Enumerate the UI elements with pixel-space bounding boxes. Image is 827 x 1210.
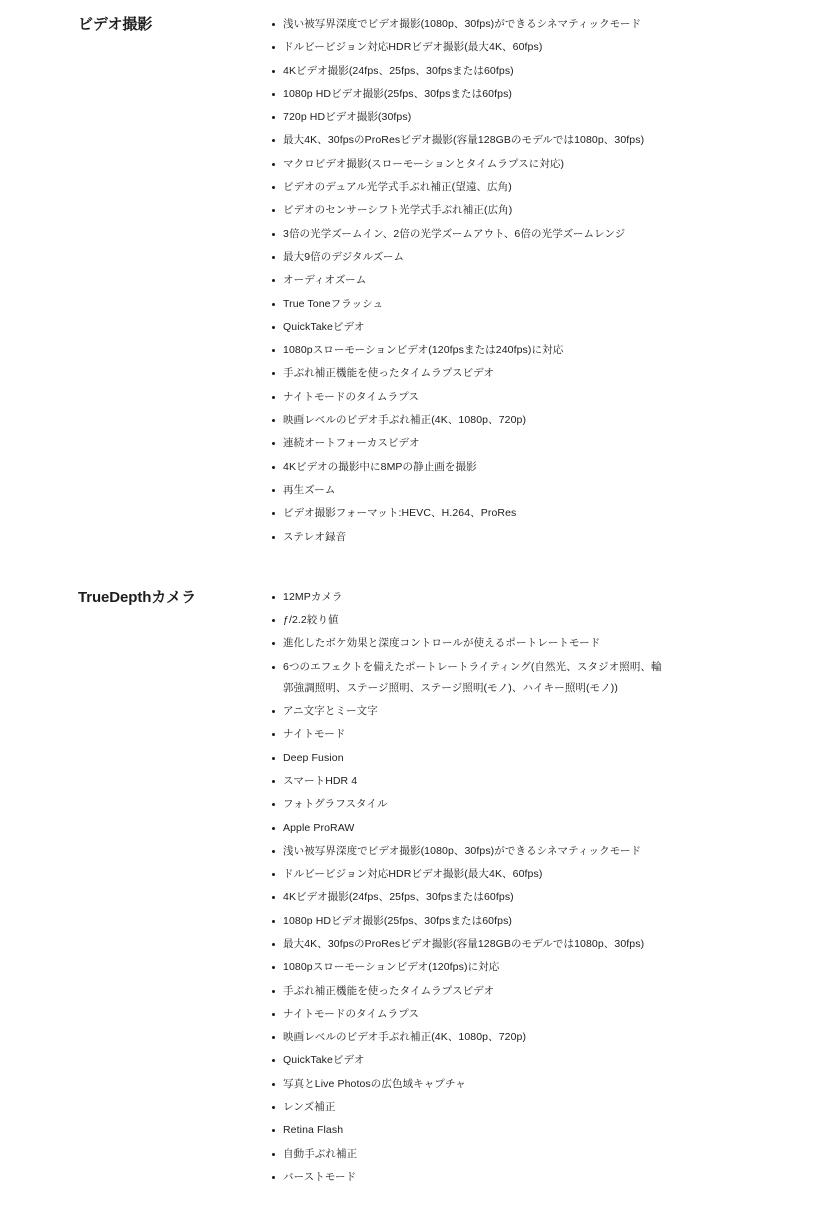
spec-list-item: 最大4K、30fpsのProResビデオ撮影(容量128GBのモデルでは1080… — [270, 934, 668, 955]
spec-list-item: 写真とLive Photosの広色域キャプチャ — [270, 1074, 668, 1095]
spec-list-item: 手ぶれ補正機能を使ったタイムラプスビデオ — [270, 981, 668, 1002]
spec-list-item: バーストモード — [270, 1167, 668, 1188]
spec-list-item: 浅い被写界深度でビデオ撮影(1080p、30fps)ができるシネマティックモード — [270, 14, 668, 35]
spec-list-item: 進化したボケ効果と深度コントロールが使えるポートレートモード — [270, 633, 668, 654]
spec-list-item: フォトグラフスタイル — [270, 794, 668, 815]
spec-list-item: ビデオ撮影フォーマット:HEVC、H.264、ProRes — [270, 503, 668, 524]
spec-section-video-recording: ビデオ撮影 浅い被写界深度でビデオ撮影(1080p、30fps)ができるシネマテ… — [78, 14, 797, 550]
spec-list-item: ステレオ録音 — [270, 527, 668, 548]
spec-list-item: 3倍の光学ズームイン、2倍の光学ズームアウト、6倍の光学ズームレンジ — [270, 224, 668, 245]
spec-list-item: True Toneフラッシュ — [270, 294, 668, 315]
spec-list-item: 再生ズーム — [270, 480, 668, 501]
spec-list-item: Retina Flash — [270, 1120, 668, 1141]
spec-list-item: QuickTakeビデオ — [270, 317, 668, 338]
spec-list-item: 1080p HDビデオ撮影(25fps、30fpsまたは60fps) — [270, 911, 668, 932]
spec-list-item: レンズ補正 — [270, 1097, 668, 1118]
spec-list-item: ナイトモードのタイムラプス — [270, 387, 668, 408]
spec-list-item: 自動手ぶれ補正 — [270, 1144, 668, 1165]
spec-section-truedepth-camera: TrueDepthカメラ 12MPカメラƒ/2.2絞り値進化したボケ効果と深度コ… — [78, 587, 797, 1190]
spec-list-item: QuickTakeビデオ — [270, 1050, 668, 1071]
spec-list-item: スマートHDR 4 — [270, 771, 668, 792]
spec-list-item: 1080p HDビデオ撮影(25fps、30fpsまたは60fps) — [270, 84, 668, 105]
spec-list-item: 1080pスローモーションビデオ(120fps)に対応 — [270, 957, 668, 978]
spec-list-item: アニ文字とミー文字 — [270, 701, 668, 722]
spec-list-item: Apple ProRAW — [270, 818, 668, 839]
section-title-video-recording: ビデオ撮影 — [78, 14, 270, 35]
spec-list-item: 最大9倍のデジタルズーム — [270, 247, 668, 268]
spec-list-truedepth-camera: 12MPカメラƒ/2.2絞り値進化したボケ効果と深度コントロールが使えるポートレ… — [270, 587, 668, 1190]
spec-list-item: ビデオのセンサーシフト光学式手ぶれ補正(広角) — [270, 200, 668, 221]
spec-list-item: 6つのエフェクトを備えたポートレートライティング(自然光、スタジオ照明、輪郭強調… — [270, 657, 668, 699]
spec-list-item: 浅い被写界深度でビデオ撮影(1080p、30fps)ができるシネマティックモード — [270, 841, 668, 862]
spec-list-item: 手ぶれ補正機能を使ったタイムラプスビデオ — [270, 363, 668, 384]
section-title-truedepth-camera: TrueDepthカメラ — [78, 587, 270, 608]
spec-list-item: マクロビデオ撮影(スローモーションとタイムラプスに対応) — [270, 154, 668, 175]
spec-list-item: 720p HDビデオ撮影(30fps) — [270, 107, 668, 128]
spec-list-item: ƒ/2.2絞り値 — [270, 610, 668, 631]
spec-list-item: 最大4K、30fpsのProResビデオ撮影(容量128GBのモデルでは1080… — [270, 130, 668, 151]
spec-list-video-recording: 浅い被写界深度でビデオ撮影(1080p、30fps)ができるシネマティックモード… — [270, 14, 668, 550]
spec-list-item: 4Kビデオの撮影中に8MPの静止画を撮影 — [270, 457, 668, 478]
spec-list-item: ビデオのデュアル光学式手ぶれ補正(望遠、広角) — [270, 177, 668, 198]
spec-list-item: 連続オートフォーカスビデオ — [270, 433, 668, 454]
spec-list-item: オーディオズーム — [270, 270, 668, 291]
spec-list-item: 映画レベルのビデオ手ぶれ補正(4K、1080p、720p) — [270, 410, 668, 431]
spec-list-item: ナイトモードのタイムラプス — [270, 1004, 668, 1025]
spec-list-item: 4Kビデオ撮影(24fps、25fps、30fpsまたは60fps) — [270, 61, 668, 82]
spec-list-item: Deep Fusion — [270, 748, 668, 769]
spec-list-item: 1080pスローモーションビデオ(120fpsまたは240fps)に対応 — [270, 340, 668, 361]
spec-list-item: 映画レベルのビデオ手ぶれ補正(4K、1080p、720p) — [270, 1027, 668, 1048]
spec-list-item: ドルビービジョン対応HDRビデオ撮影(最大4K、60fps) — [270, 864, 668, 885]
spec-list-item: ドルビービジョン対応HDRビデオ撮影(最大4K、60fps) — [270, 37, 668, 58]
spec-page: ビデオ撮影 浅い被写界深度でビデオ撮影(1080p、30fps)ができるシネマテ… — [0, 0, 827, 1210]
spec-list-item: 12MPカメラ — [270, 587, 668, 608]
spec-list-item: ナイトモード — [270, 724, 668, 745]
spec-list-item: 4Kビデオ撮影(24fps、25fps、30fpsまたは60fps) — [270, 887, 668, 908]
